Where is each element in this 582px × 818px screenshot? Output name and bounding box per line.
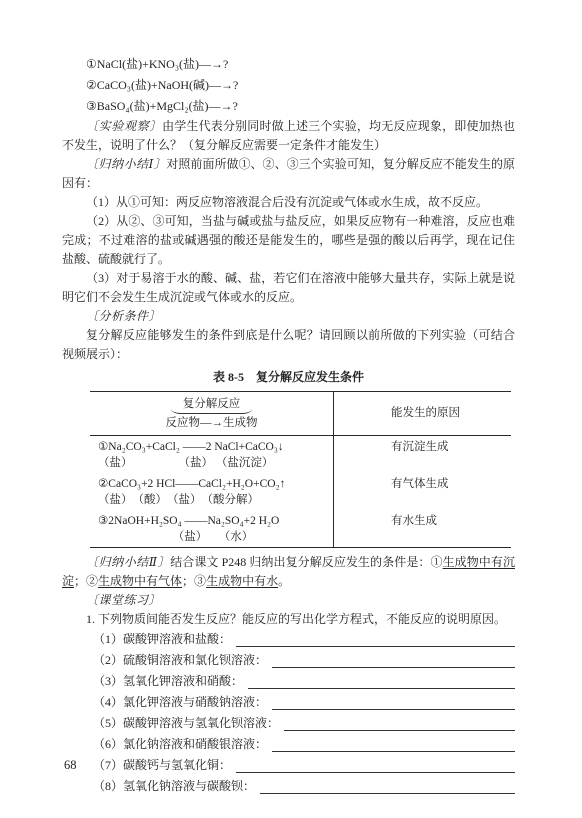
section-label-practice: 〔课堂练习〕 (62, 591, 515, 610)
equation-line-1: ①NaCl(盐)+KNO₃(盐)—→? (62, 54, 515, 75)
intro-equations: ①NaCl(盐)+KNO₃(盐)—→? ②CaCO₃(盐)+NaOH(碱)—→?… (62, 54, 515, 117)
practice-item-7: （7）碳酸钙与氢氧化铜： (93, 755, 515, 776)
table-header-reaction: 复分解反应 反应物—→生成物 (90, 397, 333, 431)
row-labels: （盐） （酸） （盐） （酸分解） (98, 493, 333, 508)
answer-blank-1 (236, 630, 515, 647)
answer-blank-7 (236, 756, 515, 773)
row-equation: ①Na₂CO₃+CaCl₂ ——2 NaCl+CaCO₃↓ (98, 439, 333, 456)
table-row: ②CaCO₃+2 HCl——CaCl₂+H₂O+CO₂↑ （盐） （酸） （盐）… (90, 473, 511, 510)
practice-item-6: （6）氯化钠溶液和硝酸银溶液： (93, 734, 515, 755)
para-reason-3: （3）对于易溶于水的酸、碱、盐，若它们在溶液中能够大量共存，实际上就是说明它们不… (62, 269, 515, 307)
practice-item-list: （1）碳酸钾溶液和盐酸： （2）硫酸铜溶液和氯化钡溶液： （3）氢氧化钾溶液和硝… (62, 629, 515, 797)
textbook-page: ①NaCl(盐)+KNO₃(盐)—→? ②CaCO₃(盐)+NaOH(碱)—→?… (0, 0, 582, 818)
condition-water: 生成物中有水 (206, 574, 278, 588)
para-summary-2: 〔归纳小结Ⅱ〕结合课文 P248 归纳出复分解反应发生的条件是：①生成物中有沉淀… (62, 553, 515, 591)
para-analyze-text: 复分解反应能够发生的条件到底是什么呢？请回顾以前所做的下列实验（可结合视频展示）… (62, 326, 515, 364)
practice-item-4: （4）氯化钾溶液与硝酸钠溶液： (93, 692, 515, 713)
answer-blank-6 (272, 735, 515, 752)
equation-line-3: ③BaSO₄(盐)+MgCl₂(盐)—→? (62, 96, 515, 117)
table-header-row: 复分解反应 反应物—→生成物 能发生的原因 (90, 392, 511, 436)
row-reason: 有水生成 (333, 513, 511, 545)
row-reason: 有沉淀生成 (333, 439, 511, 471)
section-label-observe: 〔实验观察〕 (86, 119, 162, 133)
answer-blank-2 (272, 651, 515, 668)
para-experiment-observation: 〔实验观察〕由学生代表分别同时做上述三个实验，均无反应现象，即使加热也不发生，说… (62, 117, 515, 155)
practice-item-1: （1）碳酸钾溶液和盐酸： (93, 629, 515, 650)
row-labels: （盐） （水） (98, 530, 333, 545)
practice-item-8: （8）氢氧化钠溶液与碳酸钡： (93, 776, 515, 797)
table-header-reason: 能发生的原因 (333, 404, 511, 423)
table-title: 表 8-5 复分解反应发生条件 (62, 369, 515, 385)
practice-item-3: （3）氢氧化钾溶液和硝酸： (93, 671, 515, 692)
answer-blank-5 (284, 714, 515, 731)
section-label-analyze: 〔分析条件〕 (62, 307, 515, 326)
table-row: ③2NaOH+H₂SO₄ ——Na₂SO₄+2 H₂O （盐） （水） 有水生成 (90, 510, 511, 547)
page-number: 68 (64, 758, 77, 773)
row-equation: ③2NaOH+H₂SO₄ ——Na₂SO₄+2 H₂O (98, 513, 333, 530)
condition-gas: 生成物中有气体 (98, 574, 182, 588)
section-label-summary1: 〔归纳小结Ⅰ〕 (86, 157, 166, 171)
header-reactants-products: 反应物—→生成物 (166, 414, 258, 431)
practice-item-5: （5）碳酸钾溶液与氢氧化钡溶液： (93, 713, 515, 734)
row-reason: 有气体生成 (333, 476, 511, 508)
section-label-summary2: 〔归纳小结Ⅱ〕 (86, 555, 170, 569)
table-column-divider (333, 392, 334, 547)
practice-item-2: （2）硫酸铜溶液和氯化钡溶液： (93, 650, 515, 671)
row-equation: ②CaCO₃+2 HCl——CaCl₂+H₂O+CO₂↑ (98, 476, 333, 493)
para-reason-2: （2）从②、③可知，当盐与碱或盐与盐反应，如果反应物有一种难溶，反应也难完成；不… (62, 212, 515, 269)
practice-question-1: 1. 下列物质间能否发生反应？能反应的写出化学方程式，不能反应的说明原因。 (62, 610, 515, 629)
table-body: ①Na₂CO₃+CaCl₂ ——2 NaCl+CaCO₃↓ （盐） （盐） （盐… (90, 436, 511, 547)
header-reaction-label: 复分解反应 (171, 397, 253, 414)
table-row: ①Na₂CO₃+CaCl₂ ——2 NaCl+CaCO₃↓ （盐） （盐） （盐… (90, 436, 511, 473)
row-labels: （盐） （盐） （盐沉淀） (98, 456, 333, 471)
answer-blank-8 (260, 777, 515, 794)
answer-blank-3 (248, 672, 515, 689)
para-summary-1: 〔归纳小结Ⅰ〕对照前面所做①、②、③三个实验可知，复分解反应不能发生的原因有： (62, 155, 515, 193)
para-reason-1: （1）从①可知：两反应物溶液混合后没有沉淀或气体或水生成，故不反应。 (62, 193, 515, 212)
answer-blank-4 (272, 693, 515, 710)
page-content: ①NaCl(盐)+KNO₃(盐)—→? ②CaCO₃(盐)+NaOH(碱)—→?… (62, 54, 515, 797)
equation-line-2: ②CaCO₃(盐)+NaOH(碱)—→? (62, 75, 515, 96)
table-8-5: 复分解反应 反应物—→生成物 能发生的原因 ①Na₂CO₃+CaCl₂ ——2 … (90, 391, 511, 548)
